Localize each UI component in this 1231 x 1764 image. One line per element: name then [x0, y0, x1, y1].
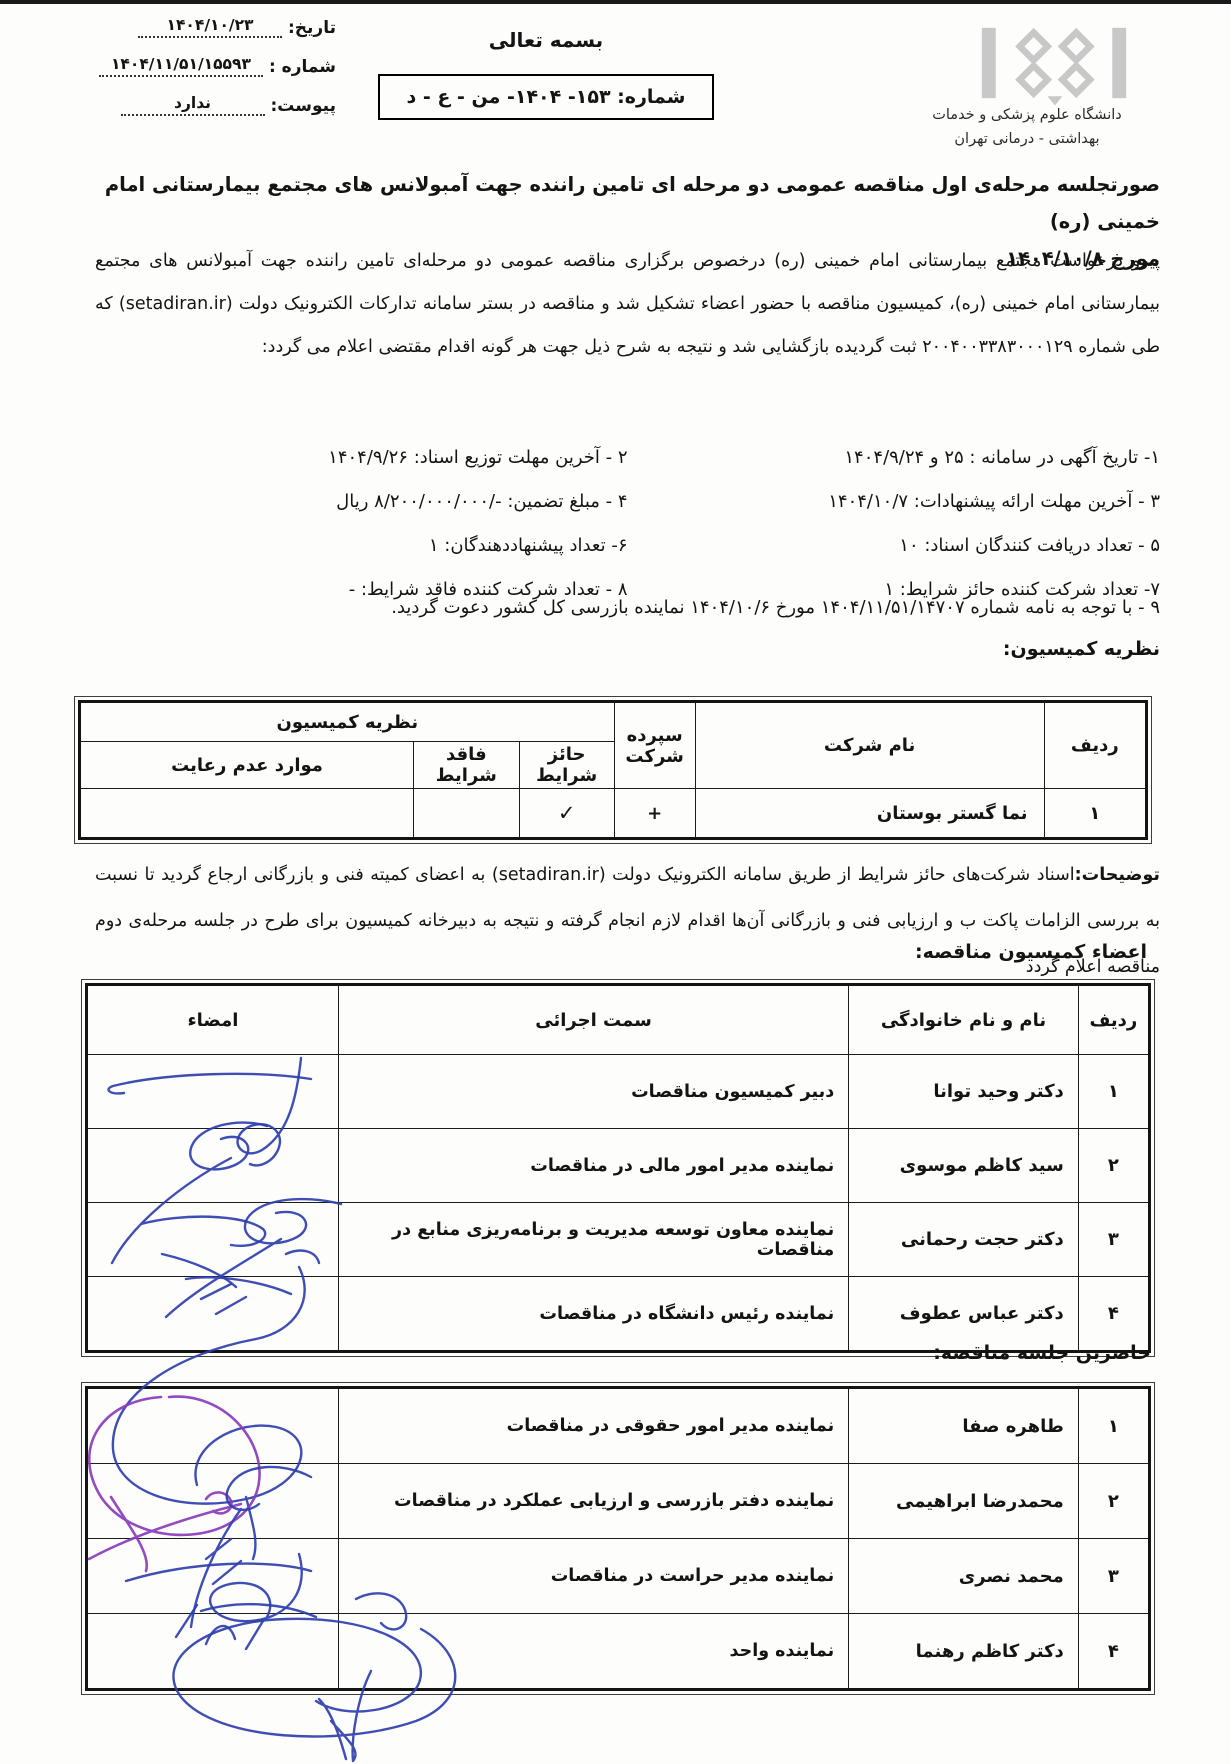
attendees-heading: حاضرین جلسه مناقصه:	[933, 1342, 1151, 1364]
table-row: ۳ محمد نصری نماینده مدیر حراست در مناقصا…	[87, 1539, 1150, 1614]
signature-cell	[87, 1055, 339, 1129]
member-name: دکتر حجت رحمانی	[849, 1203, 1079, 1277]
list-item: ۱- تاریخ آگهی در سامانه : ۲۵ و ۱۴۰۴/۹/۲۴	[628, 444, 1161, 472]
checkmark-icon: ✓	[558, 801, 576, 825]
document-page: تاریخ: ۱۴۰۴/۱۰/۲۳ شماره : ۱۴۰۴/۱۱/۵۱/۱۵۵…	[0, 0, 1231, 1764]
tender-info-list: ۱- تاریخ آگهی در سامانه : ۲۵ و ۱۴۰۴/۹/۲۴…	[95, 444, 1160, 604]
table-row: ۲ سید کاظم موسوی نماینده مدیر امور مالی …	[87, 1129, 1150, 1203]
row-number: ۱	[1078, 1388, 1149, 1464]
signature-cell	[87, 1464, 339, 1539]
university-logo	[980, 20, 1128, 106]
row-number: ۱	[1044, 789, 1146, 839]
meta-attachment-row: پیوست: ندارد	[14, 94, 336, 116]
notes-label: توضیحات:	[1075, 865, 1160, 885]
table-row: ۴ دکتر کاظم رهنما نماینده واحد	[87, 1614, 1150, 1690]
member-name: سید کاظم موسوی	[849, 1129, 1079, 1203]
row-number: ۳	[1078, 1539, 1149, 1614]
col-header-noncompliance: موارد عدم رعایت	[80, 742, 414, 789]
attendees-table: ۱ طاهره صفا نماینده مدیر امور حقوقی در م…	[85, 1386, 1151, 1691]
attendee-role: نماینده مدیر امور حقوقی در مناقصات	[338, 1388, 848, 1464]
row-number: ۳	[1078, 1203, 1149, 1277]
meta-date-row: تاریخ: ۱۴۰۴/۱۰/۲۳	[14, 16, 336, 38]
signature-cell	[87, 1203, 339, 1277]
col-header-deposit: سپرده شرکت	[614, 702, 695, 789]
list-item: ۲ - آخرین مهلت توزیع اسناد: ۱۴۰۴/۹/۲۶	[95, 444, 628, 472]
meta-block: تاریخ: ۱۴۰۴/۱۰/۲۳ شماره : ۱۴۰۴/۱۱/۵۱/۱۵۵…	[14, 16, 336, 133]
col-header-qualified: حائز شرایط	[519, 742, 614, 789]
member-role: نماینده معاون توسعه مدیریت و برنامه‌ریزی…	[338, 1203, 848, 1277]
col-header-role: سمت اجرائی	[338, 985, 848, 1055]
attendee-name: دکتر کاظم رهنما	[849, 1614, 1079, 1690]
date-value: ۱۴۰۴/۱۰/۲۳	[138, 16, 282, 38]
row-number: ۲	[1078, 1129, 1149, 1203]
member-role: دبیر کمیسیون مناقصات	[338, 1055, 848, 1129]
list-item: ۴ - مبلغ تضمین: -/۸/۲۰۰/۰۰۰/۰۰۰ ریال	[95, 488, 628, 516]
number-label: شماره :	[269, 57, 336, 77]
deposit-mark: +	[614, 789, 695, 839]
table-row: ۲ محمدرضا ابراهیمی نماینده دفتر بازرسی و…	[87, 1464, 1150, 1539]
scan-top-edge	[0, 0, 1231, 4]
signature-cell	[87, 1539, 339, 1614]
doc-number-box: شماره: ۱۵۳- ۱۴۰۴- من - ع - د	[378, 74, 714, 120]
signature-cell	[87, 1614, 339, 1690]
member-name: دکتر وحید توانا	[849, 1055, 1079, 1129]
title-line1: صورتجلسه مرحله‌ی اول مناقصه عمومی دو مرح…	[60, 166, 1160, 240]
member-role: نماینده رئیس دانشگاه در مناقصات	[338, 1277, 848, 1352]
signature-cell	[87, 1388, 339, 1464]
col-header-fullname: نام و نام خانوادگی	[849, 985, 1079, 1055]
opinion-heading: نظریه کمیسیون:	[1003, 638, 1160, 660]
col-header-company: نام شرکت	[695, 702, 1044, 789]
row-number: ۲	[1078, 1464, 1149, 1539]
noncompliance-cell	[80, 789, 414, 839]
notes-paragraph: توضیحات:اسناد شرکت‌های حائز شرایط از طری…	[95, 852, 1160, 990]
list-item: ۳ - آخرین مهلت ارائه پیشنهادات: ۱۴۰۴/۱۰/…	[628, 488, 1161, 516]
col-header-signature: امضاء	[87, 985, 339, 1055]
table-row: ۳ دکتر حجت رحمانی نماینده معاون توسعه مد…	[87, 1203, 1150, 1277]
list-item-9: ۹ - با توجه به نامه شماره ۱۴۰۴/۱۱/۵۱/۱۴۷…	[95, 597, 1160, 618]
row-number: ۴	[1078, 1614, 1149, 1690]
list-item: ۶- تعداد پیشنهاددهندگان: ۱	[95, 532, 628, 560]
col-header-radif: ردیف	[1044, 702, 1146, 789]
intro-paragraph: پیرو درخواست مجتمع بیمارستانی امام خمینی…	[95, 240, 1160, 369]
attendee-name: محمدرضا ابراهیمی	[849, 1464, 1079, 1539]
member-name: دکتر عباس عطوف	[849, 1277, 1079, 1352]
university-name-line2: بهداشتی - درمانی تهران	[907, 128, 1147, 152]
row-number: ۴	[1078, 1277, 1149, 1352]
table-row: ۱ دکتر وحید توانا دبیر کمیسیون مناقصات	[87, 1055, 1150, 1129]
attendee-name: طاهره صفا	[849, 1388, 1079, 1464]
center-header: بسمه تعالی شماره: ۱۵۳- ۱۴۰۴- من - ع - د	[378, 28, 714, 120]
company-name: نما گستر بوستان	[695, 789, 1044, 839]
attendee-name: محمد نصری	[849, 1539, 1079, 1614]
members-table: ردیف نام و نام خانوادگی سمت اجرائی امضاء…	[85, 983, 1151, 1353]
attendee-role: نماینده دفتر بازرسی و ارزیابی عملکرد در …	[338, 1464, 848, 1539]
signature-cell	[87, 1277, 339, 1352]
opinion-table: ردیف نام شرکت سپرده شرکت نظریه کمیسیون ح…	[78, 700, 1148, 840]
attendee-role: نماینده مدیر حراست در مناقصات	[338, 1539, 848, 1614]
besmele: بسمه تعالی	[378, 28, 714, 52]
list-item: ۵ - تعداد دریافت کنندگان اسناد: ۱۰	[628, 532, 1161, 560]
attendee-role: نماینده واحد	[338, 1614, 848, 1690]
signature-cell	[87, 1129, 339, 1203]
university-name-line1: دانشگاه علوم پزشکی و خدمات	[907, 104, 1147, 128]
table-row: ۴ دکتر عباس عطوف نماینده رئیس دانشگاه در…	[87, 1277, 1150, 1352]
col-header-opinion: نظریه کمیسیون	[80, 702, 615, 742]
col-header-radif: ردیف	[1078, 985, 1149, 1055]
unqualified-cell	[414, 789, 520, 839]
attachment-label: پیوست:	[271, 96, 337, 116]
number-value: ۱۴۰۴/۱۱/۵۱/۱۵۵۹۳	[99, 55, 263, 77]
col-header-unqualified: فاقد شرایط	[414, 742, 520, 789]
university-emblem-icon	[980, 20, 1128, 106]
row-number: ۱	[1078, 1055, 1149, 1129]
member-role: نماینده مدیر امور مالی در مناقصات	[338, 1129, 848, 1203]
date-label: تاریخ:	[288, 18, 336, 38]
university-name: دانشگاه علوم پزشکی و خدمات بهداشتی - درم…	[907, 104, 1147, 152]
opinion-table-row: ۱ نما گستر بوستان + ✓	[80, 789, 1147, 839]
members-heading: اعضاء کمیسیون مناقصه:	[915, 941, 1147, 963]
attachment-value: ندارد	[121, 94, 265, 116]
table-row: ۱ طاهره صفا نماینده مدیر امور حقوقی در م…	[87, 1388, 1150, 1464]
meta-number-row: شماره : ۱۴۰۴/۱۱/۵۱/۱۵۵۹۳	[14, 55, 336, 77]
